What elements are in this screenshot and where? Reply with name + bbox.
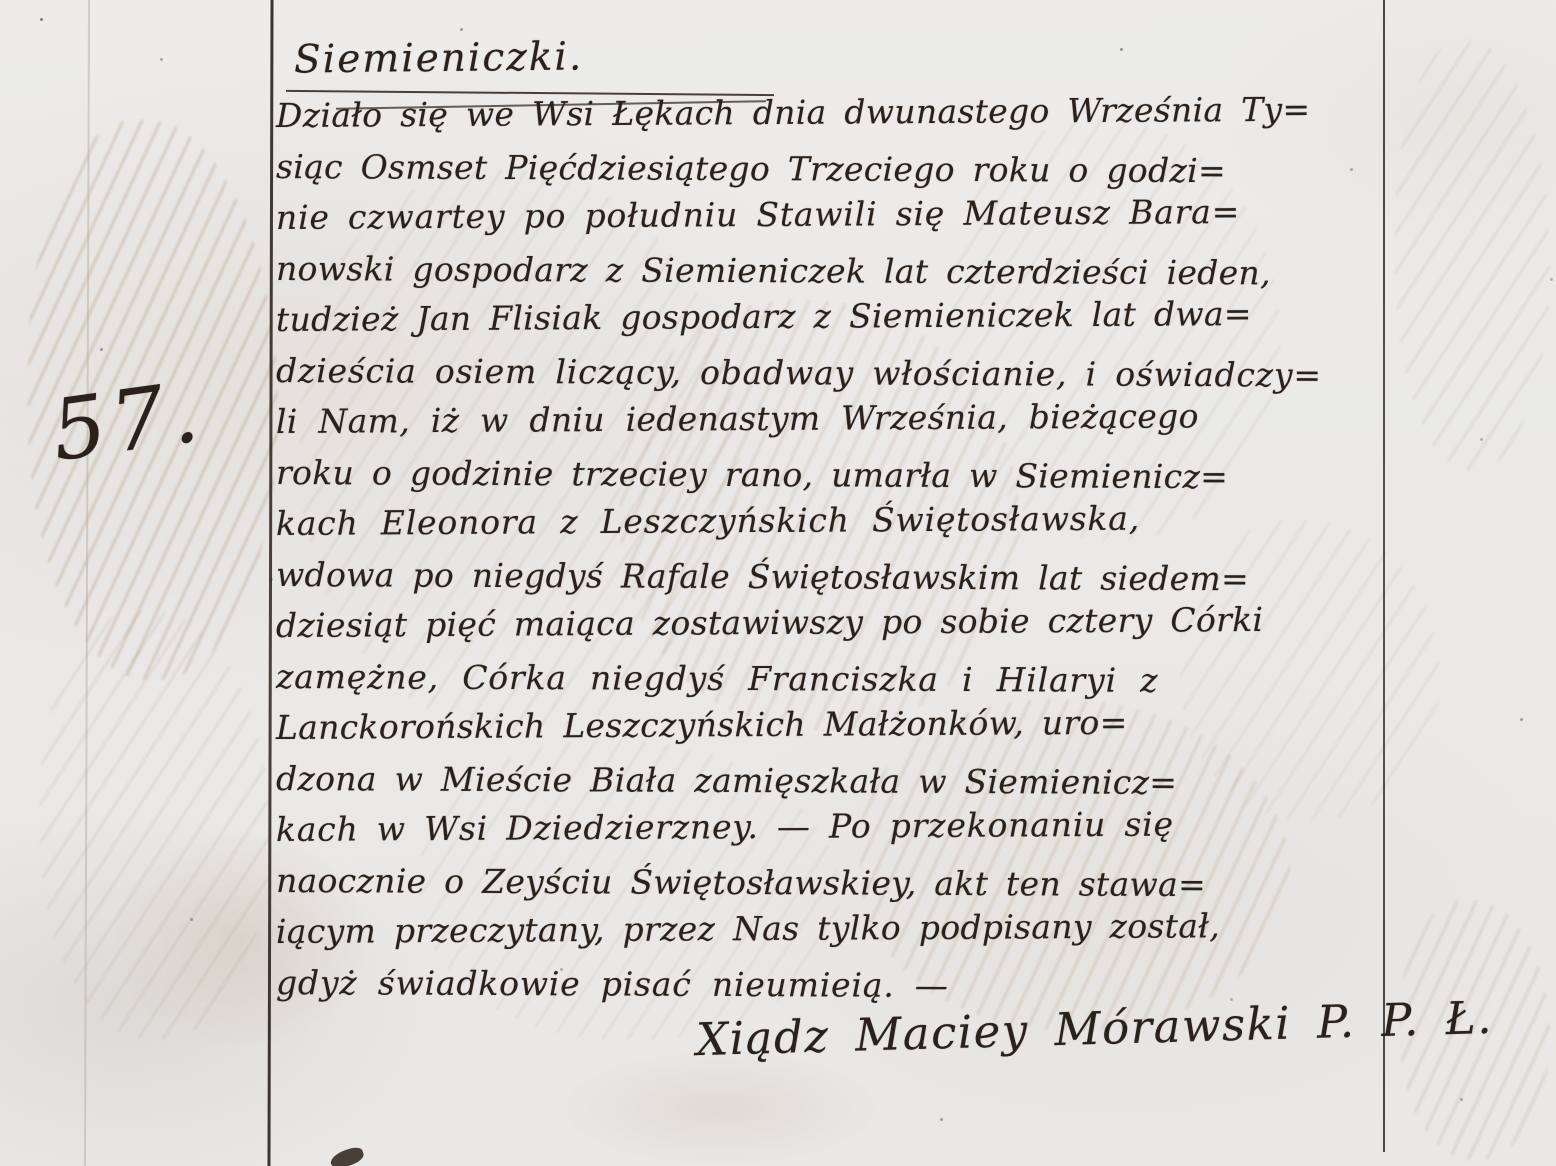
record-line: Lanckorońskich Leszczyńskich Małżonków, …	[276, 701, 1416, 759]
record-heading: Siemieniczki.	[294, 34, 584, 82]
record-line: kach w Wsi Dziedzierzney. — Po przekonan…	[276, 803, 1416, 861]
record-line: li Nam, iż w dniu iedenastym Września, b…	[276, 395, 1416, 453]
record-line: dziesiąt pięć maiąca zostawiwszy po sobi…	[276, 599, 1416, 657]
ink-bleed-stain	[1395, 40, 1550, 470]
margin-rule-faint	[84, 0, 90, 1166]
margin-rule-left	[267, 0, 273, 1166]
paper-speck	[40, 18, 43, 21]
document-page: 57. Siemieniczki. Działo się we Wsi Łęka…	[0, 0, 1556, 1166]
act-number: 57.	[46, 362, 210, 480]
record-line: iącym przeczytany, przez Nas tylko podpi…	[276, 905, 1416, 963]
paper-discoloration	[560, 1050, 880, 1166]
next-entry-mark	[328, 1145, 365, 1166]
record-line: nie czwartey po południu Stawili się Mat…	[276, 191, 1416, 249]
record-line: kach Eleonora z Leszczyńskich Świętosław…	[276, 497, 1416, 555]
record-line: Działo się we Wsi Łękach dnia dwunastego…	[276, 89, 1416, 147]
record-body: Działo się we Wsi Łękach dnia dwunastego…	[276, 96, 1416, 1014]
record-line: tudzież Jan Flisiak gospodarz z Siemieni…	[276, 293, 1416, 351]
ink-bleed-stain	[40, 610, 270, 1040]
